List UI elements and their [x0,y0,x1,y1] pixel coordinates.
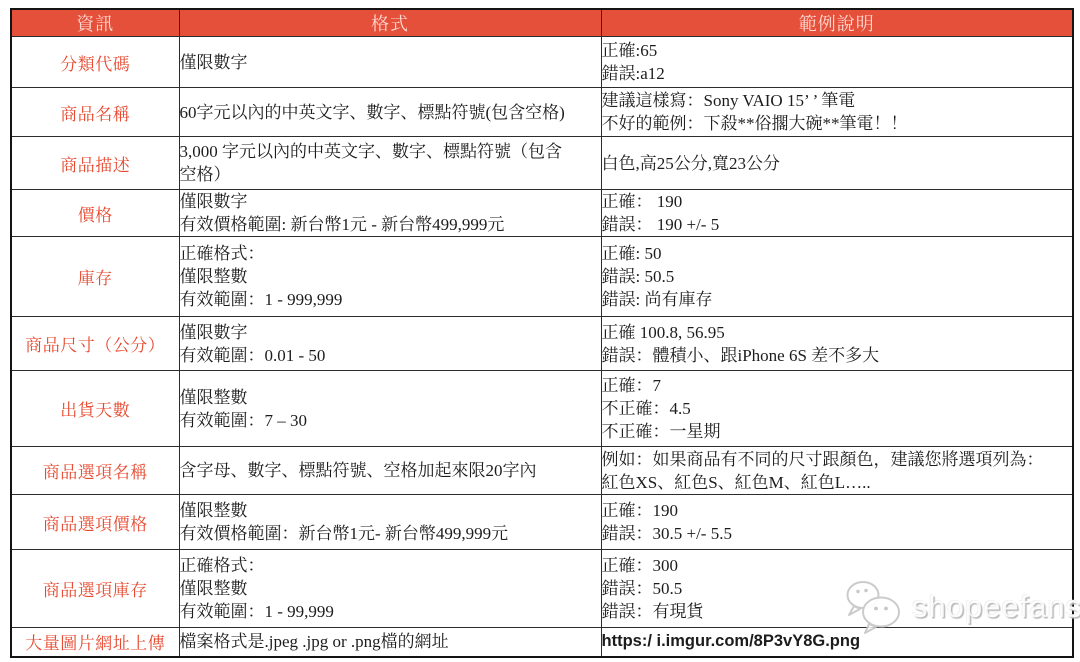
text-line: 正確： 190 [602,190,1073,213]
text-line: 白色,高25公分,寬23公分 [602,152,1073,175]
text-line: 有效範圍：7 – 30 [180,409,601,432]
text-line: 不好的範例：下殺**俗擱大碗**筆電！！ [602,112,1073,135]
text-line: 3,000 字元以內的中英文字、數字、標點符號（包含 [180,140,601,163]
text-line: 僅限數字 [180,321,601,344]
example-cell: 正確：7不正確：4.5不正確：一星期 [601,371,1073,447]
example-cell: 正確 100.8, 56.95錯誤：體積小、跟iPhone 6S 差不多大 [601,317,1073,371]
table-body: 分類代碼僅限數字正確:65錯誤:a12商品名稱60字元以內的中英文字、數字、標點… [11,37,1073,657]
format-cell: 僅限數字有效價格範圍: 新台幣1元 - 新台幣499,999元 [179,190,601,237]
text-line: 正確格式： [180,554,601,577]
text-line: 錯誤: 50.5 [602,265,1073,288]
format-cell: 含字母、數字、標點符號、空格加起來限20字內 [179,447,601,495]
table-header: 資訊 格式 範例說明 [11,9,1073,37]
row-label: 商品尺寸（公分） [11,317,179,371]
table-row: 商品選項名稱含字母、數字、標點符號、空格加起來限20字內例如：如果商品有不同的尺… [11,447,1073,495]
text-line: 僅限數字 [180,190,601,213]
text-line: 例如：如果商品有不同的尺寸跟顏色，建議您將選項列為： [602,448,1073,471]
row-label: 商品選項名稱 [11,447,179,495]
format-cell: 僅限整數有效範圍：7 – 30 [179,371,601,447]
text-line: 錯誤：體積小、跟iPhone 6S 差不多大 [602,344,1073,367]
example-cell: 正確：300錯誤：50.5錯誤：有現貨 [601,550,1073,628]
table-row: 價格僅限數字有效價格範圍: 新台幣1元 - 新台幣499,999元正確： 190… [11,190,1073,237]
text-line: 錯誤:a12 [602,62,1073,85]
format-cell: 僅限數字有效範圍：0.01 - 50 [179,317,601,371]
row-label: 庫存 [11,237,179,317]
format-cell: 僅限整數有效價格範圍：新台幣1元- 新台幣499,999元 [179,495,601,550]
example-cell: 正確:65錯誤:a12 [601,37,1073,88]
format-cell: 正確格式：僅限整數有效範圍：1 - 999,999 [179,237,601,317]
text-line: 不正確：一星期 [602,420,1073,443]
text-line: 有效價格範圍：新台幣1元- 新台幣499,999元 [180,522,601,545]
text-line: 錯誤：有現貨 [602,600,1073,623]
table-row: 商品尺寸（公分）僅限數字有效範圍：0.01 - 50正確 100.8, 56.9… [11,317,1073,371]
text-line: 有效價格範圍: 新台幣1元 - 新台幣499,999元 [180,213,601,236]
text-line: 60字元以內的中英文字、數字、標點符號(包含空格) [180,101,601,124]
text-line: 正確：7 [602,374,1073,397]
text-line: 錯誤：30.5 +/- 5.5 [602,522,1073,545]
row-label: 商品描述 [11,137,179,190]
row-label: 分類代碼 [11,37,179,88]
format-cell: 檔案格式是.jpeg .jpg or .png檔的網址 [179,628,601,657]
text-line: 錯誤: 尚有庫存 [602,288,1073,311]
text-line: 有效範圍：0.01 - 50 [180,344,601,367]
text-line: 僅限整數 [180,386,601,409]
text-line: 正確: 50 [602,242,1073,265]
text-line: 不正確：4.5 [602,397,1073,420]
row-label: 大量圖片網址上傳 [11,628,179,657]
example-cell: 正確： 190錯誤： 190 +/- 5 [601,190,1073,237]
text-line: 正確:65 [602,39,1073,62]
table-row: 商品選項庫存正確格式：僅限整數有效範圍：1 - 99,999正確：300錯誤：5… [11,550,1073,628]
example-cell: 正確: 50錯誤: 50.5錯誤: 尚有庫存 [601,237,1073,317]
format-cell: 正確格式：僅限整數有效範圍：1 - 99,999 [179,550,601,628]
table-row: 商品選項價格僅限整數有效價格範圍：新台幣1元- 新台幣499,999元正確：19… [11,495,1073,550]
header-row: 資訊 格式 範例說明 [11,9,1073,37]
text-line: 有效範圍：1 - 99,999 [180,600,601,623]
table-row: 商品名稱60字元以內的中英文字、數字、標點符號(包含空格)建議這樣寫：Sony … [11,88,1073,137]
text-line: 檔案格式是.jpeg .jpg or .png檔的網址 [180,630,601,653]
text-line: 正確：190 [602,499,1073,522]
example-cell: 建議這樣寫：Sony VAIO 15’ ’ 筆電不好的範例：下殺**俗擱大碗**… [601,88,1073,137]
example-cell: 白色,高25公分,寬23公分 [601,137,1073,190]
text-line: 含字母、數字、標點符號、空格加起來限20字內 [180,459,601,482]
text-line: 僅限整數 [180,265,601,288]
format-cell: 僅限數字 [179,37,601,88]
example-cell: 例如：如果商品有不同的尺寸跟顏色，建議您將選項列為：紅色XS、紅色S、紅色M、紅… [601,447,1073,495]
table-row: 庫存正確格式：僅限整數有效範圍：1 - 999,999正確: 50錯誤: 50.… [11,237,1073,317]
row-label: 商品選項價格 [11,495,179,550]
text-line: 正確格式： [180,242,601,265]
format-cell: 60字元以內的中英文字、數字、標點符號(包含空格) [179,88,601,137]
text-line: 正確 100.8, 56.95 [602,321,1073,344]
text-line: 正確：300 [602,554,1073,577]
row-label: 出貨天數 [11,371,179,447]
text-line: https:/ i.imgur.com/8P3vY8G.png [602,630,1073,653]
text-line: 僅限整數 [180,499,601,522]
text-line: 紅色XS、紅色S、紅色M、紅色L….. [602,471,1073,494]
text-line: 僅限整數 [180,577,601,600]
header-format: 格式 [179,9,601,37]
table-row: 分類代碼僅限數字正確:65錯誤:a12 [11,37,1073,88]
row-label: 商品名稱 [11,88,179,137]
text-line: 建議這樣寫：Sony VAIO 15’ ’ 筆電 [602,89,1073,112]
row-label: 商品選項庫存 [11,550,179,628]
row-label: 價格 [11,190,179,237]
text-line: 錯誤： 190 +/- 5 [602,213,1073,236]
example-cell: 正確：190錯誤：30.5 +/- 5.5 [601,495,1073,550]
example-cell: https:/ i.imgur.com/8P3vY8G.png [601,628,1073,657]
table-row: 出貨天數僅限整數有效範圍：7 – 30正確：7不正確：4.5不正確：一星期 [11,371,1073,447]
spec-table: 資訊 格式 範例說明 分類代碼僅限數字正確:65錯誤:a12商品名稱60字元以內… [10,8,1074,658]
text-line: 僅限數字 [180,51,601,74]
text-line: 空格） [180,163,601,186]
format-cell: 3,000 字元以內的中英文字、數字、標點符號（包含空格） [179,137,601,190]
header-info: 資訊 [11,9,179,37]
table-row: 商品描述3,000 字元以內的中英文字、數字、標點符號（包含空格）白色,高25公… [11,137,1073,190]
text-line: 有效範圍：1 - 999,999 [180,288,601,311]
header-example: 範例說明 [601,9,1073,37]
table-row: 大量圖片網址上傳檔案格式是.jpeg .jpg or .png檔的網址https… [11,628,1073,657]
text-line: 錯誤：50.5 [602,577,1073,600]
